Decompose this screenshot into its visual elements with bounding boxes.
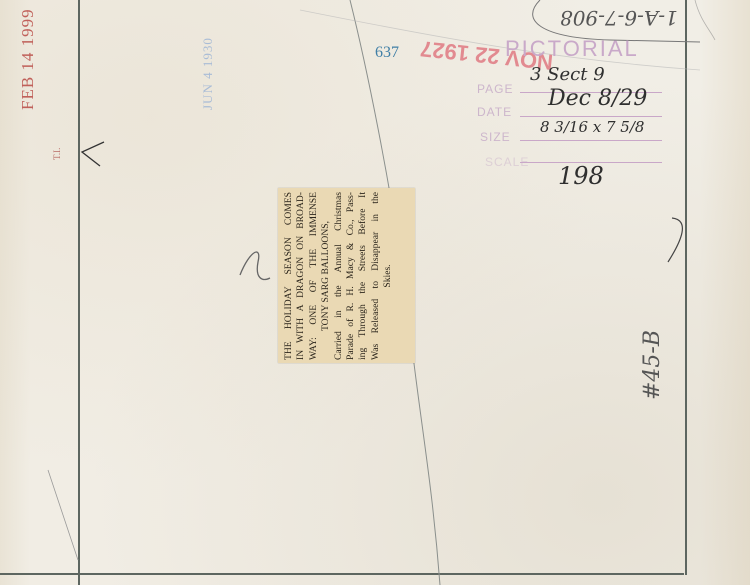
form-line-date [520, 116, 662, 117]
form-label-page: PAGE [477, 82, 513, 96]
form-label-size: SIZE [480, 130, 511, 144]
blue-date-stamp: JUN 4 1930 [200, 37, 216, 110]
initial-mark [240, 252, 270, 279]
form-label-date: DATE [477, 105, 512, 119]
received-stamp-sub: T.I. [52, 148, 62, 160]
received-stamp-feb: FEB 14 1999 [18, 8, 38, 110]
clipping-text: THE HOLIDAY SEASON COMES IN WITH A DRAGO… [283, 192, 411, 360]
caption-line: Carried in the Annual Christmas [332, 192, 344, 360]
scale-value: 198 [558, 162, 604, 190]
caption-line: Parade of R. H. Macy & Co., Pass- [345, 192, 357, 360]
headline-line: TONY SARG BALLOONS, [320, 192, 332, 360]
caption-line: Was Released to Disappear in the [369, 192, 381, 360]
department-stamp: PICTORIAL [505, 36, 639, 62]
page-value: 3 Sect 9 [530, 64, 605, 85]
margin-note: #45-B [640, 330, 665, 400]
caption-line: ing Through the Streets Before It [357, 192, 369, 360]
form-line-size [520, 140, 662, 141]
check-mark-left [82, 142, 104, 166]
headline-line: IN WITH A DRAGON ON BROAD- [295, 192, 307, 360]
newspaper-clipping: THE HOLIDAY SEASON COMES IN WITH A DRAGO… [278, 188, 415, 363]
date-value: Dec 8/29 [548, 86, 647, 111]
headline-line: WAY: ONE OF THE IMMENSE [307, 192, 319, 360]
archive-code: 1-A-6-7-908 [560, 6, 678, 30]
check-mark-right [668, 218, 682, 262]
blue-index-number: 637 [375, 44, 399, 62]
headline-line: THE HOLIDAY SEASON COMES [283, 192, 295, 360]
size-value: 8 3/16 x 7 5/8 [540, 118, 644, 136]
caption-line: Skies. [382, 192, 394, 360]
